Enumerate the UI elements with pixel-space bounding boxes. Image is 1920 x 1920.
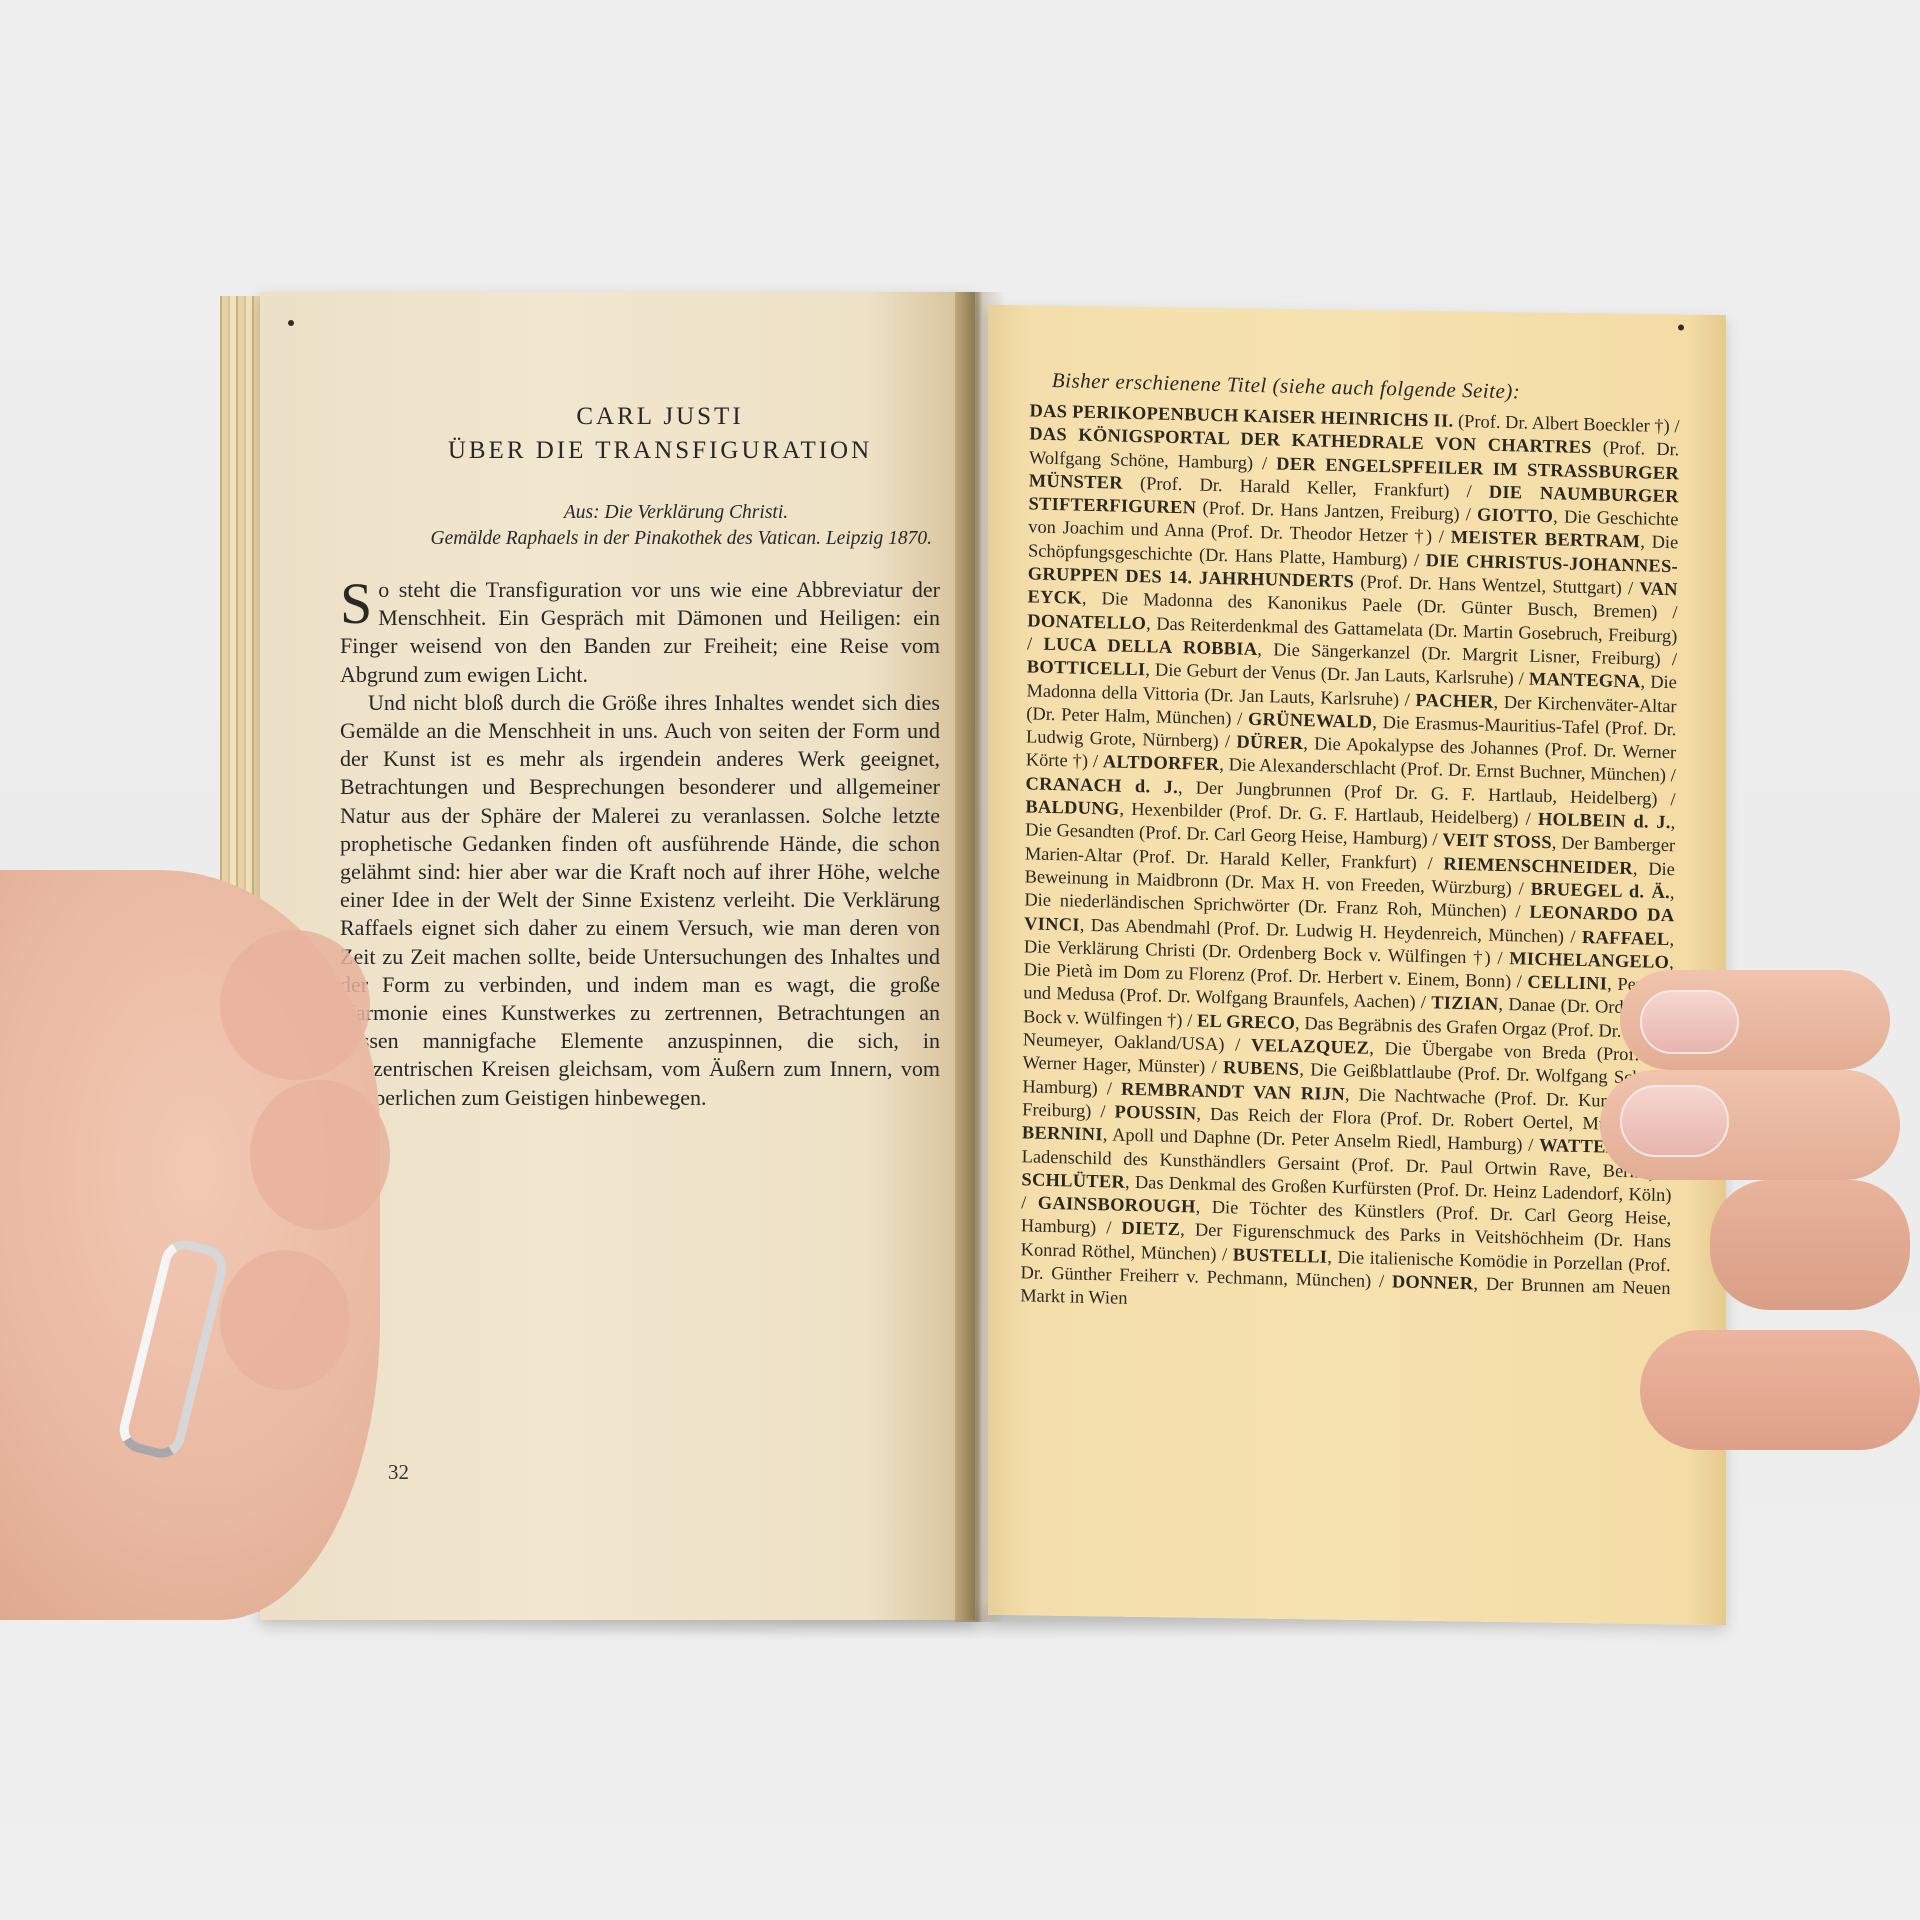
title-artist: RUBENS: [1223, 1058, 1300, 1080]
title-artist: CRANACH d. J.: [1026, 773, 1179, 797]
paragraph-1: So steht die Transfiguration vor uns wie…: [340, 576, 940, 689]
right-hand: [1640, 890, 1920, 1590]
title-artist: BOTTICELLI: [1027, 657, 1146, 680]
title-author: (Dr. Franz Roh, München): [1298, 896, 1507, 921]
title-work: Apoll und Daphne: [1112, 1125, 1251, 1148]
title-artist: DONATELLO: [1027, 610, 1146, 633]
title-artist: VELAZQUEZ: [1251, 1035, 1369, 1058]
title-artist: BUSTELLI: [1233, 1244, 1328, 1266]
title-artist: PACHER: [1415, 689, 1493, 711]
title-artist: GIOTTO: [1477, 505, 1553, 527]
title-work: Die Gesandten: [1025, 820, 1134, 843]
title-author: (Dr. Jan Lauts, Karlsruhe): [1204, 684, 1399, 709]
title-author: (Dr. Günter Busch, Bremen): [1417, 596, 1658, 622]
title-artist: POUSSIN: [1114, 1101, 1196, 1123]
title-artist: ALTDORFER: [1103, 752, 1220, 775]
title-artist: GAINSBOROUGH: [1038, 1193, 1196, 1217]
title-work: Die niederländischen Sprichwörter: [1024, 890, 1289, 916]
title-artist: LUCA DELLA ROBBIA: [1043, 634, 1257, 659]
title-artist: GRÜNEWALD: [1248, 709, 1372, 732]
title-work: Die italienische Komödie in Porzellan: [1337, 1247, 1622, 1274]
title-artist: TIZIAN: [1431, 993, 1498, 1015]
title-author: (Dr. Martin Gosebruch, Freiburg): [1428, 620, 1677, 646]
title-author: (Prof. Dr. Theodor Hetzer †): [1211, 521, 1432, 546]
drop-cap: S: [340, 580, 372, 628]
title-artist: RIEMENSCHNEIDER: [1443, 853, 1633, 878]
title-author: (Prof. Dr. Carl Georg Heise, Hamburg): [1139, 822, 1428, 849]
title-work: Die Geburt der Venus: [1155, 660, 1316, 684]
title-artist: REMBRANDT VAN RIJN: [1121, 1078, 1345, 1103]
paragraph-2: Und nicht bloß durch die Größe ihres Inh…: [340, 689, 940, 1112]
essay-source: Aus: Die Verklärung Christi. Gemälde Rap…: [340, 500, 940, 552]
title-artist: MANTEGNA: [1529, 669, 1641, 692]
title-author: (Dr. Margrit Lisner, Freiburg): [1422, 643, 1661, 669]
title-work: Der Jungbrunnen: [1196, 777, 1332, 800]
title-artist: HOLBEIN d. J.: [1538, 809, 1671, 832]
essay: CARL JUSTI ÜBER DIE TRANSFIGURATION Aus:…: [340, 400, 940, 1112]
title-author: (Dr. Hans Platte, Hamburg): [1199, 544, 1408, 569]
title-author: (Prof. Dr. Harald Keller, Frankfurt): [1133, 846, 1417, 873]
knuckle: [220, 930, 370, 1080]
title-work: Das Abendmahl: [1091, 914, 1211, 937]
thumb: [1710, 1180, 1910, 1310]
title-work: Die Verklärung Christi: [1024, 936, 1196, 960]
source-line-1: Aus: Die Verklärung Christi.: [340, 500, 932, 526]
title-author: (Prof. Dr. G. F. Hartlaub, Heidelberg): [1229, 801, 1518, 828]
title-artist: DÜRER: [1236, 732, 1303, 754]
title-artist: BERNINI: [1022, 1122, 1103, 1144]
title-work: Die Sängerkanzel: [1273, 639, 1410, 662]
title-author: (Prof. Dr. Herbert v. Einem, Bonn): [1250, 965, 1511, 991]
title-author: (Prof. Dr. Ernst Buchner, München): [1401, 759, 1666, 785]
title-work: Danae: [1508, 995, 1555, 1016]
open-book: CARL JUSTI ÜBER DIE TRANSFIGURATION Aus:…: [220, 292, 1740, 1632]
title-artist: DIETZ: [1121, 1218, 1180, 1239]
title-author: (Prof. Dr. Paul Ortwin Rave, Berlin): [1351, 1154, 1654, 1181]
title-work: Das Begräbnis des Grafen Orgaz: [1304, 1013, 1546, 1039]
finger: [1640, 1330, 1920, 1450]
title-artist: DONNER: [1392, 1271, 1474, 1293]
paper-speck: [1678, 324, 1684, 330]
title-artist: BALDUNG: [1025, 796, 1119, 818]
title-work: Das Denkmal des Großen Kurfürsten: [1135, 1172, 1412, 1199]
title-artist: VEIT STOSS: [1442, 830, 1552, 853]
title-artist: CELLINI: [1527, 972, 1607, 994]
fingernail: [1620, 1085, 1729, 1157]
title-artist: SCHLÜTER: [1021, 1169, 1125, 1192]
essay-author: CARL JUSTI: [340, 400, 940, 434]
title-author: (Prof. Dr. Albert Boeckler †): [1458, 411, 1670, 436]
page-number: 32: [388, 1460, 409, 1485]
title-author: (Prof. Dr. Heinz Ladendorf, Köln): [1417, 1179, 1672, 1205]
title-work: Hexenbilder: [1131, 799, 1222, 821]
published-titles: Bisher erschienene Titel (siehe auch fol…: [1020, 365, 1680, 1323]
title-work: Die Madonna des Kanonikus Paele: [1101, 589, 1402, 616]
right-page: Bisher erschienene Titel (siehe auch fol…: [988, 305, 1726, 1625]
title-work: Die Erasmus-Mauritius-Tafel: [1383, 712, 1600, 737]
fingernail: [1640, 990, 1739, 1054]
photo-scene: CARL JUSTI ÜBER DIE TRANSFIGURATION Aus:…: [0, 0, 1920, 1920]
title-author: (Dr. Jan Lauts, Karlsruhe): [1321, 664, 1514, 689]
source-line-2: Gemälde Raphaels in der Pinakothek des V…: [431, 528, 933, 549]
title-work: Die Übergabe von Breda: [1384, 1038, 1586, 1063]
title-author: (Prof. Dr. Wolfgang Braunfels, Aachen): [1120, 985, 1416, 1012]
title-author: (Dr. Max H. von Freeden, Würzburg): [1225, 871, 1512, 898]
title-work: Die Töchter des Künstlers: [1212, 1197, 1425, 1222]
title-work: Die Pietà im Dom zu Florenz: [1024, 959, 1245, 984]
knuckle: [250, 1080, 390, 1230]
title-author: (Dr. Peter Halm, München): [1026, 703, 1231, 728]
knuckle: [220, 1250, 350, 1390]
title-work: Das Reich der Flora: [1210, 1104, 1371, 1128]
title-author: (Prof. Dr. Hans Wentzel, Stuttgart): [1360, 572, 1622, 598]
title-work: Die Apokalypse des Johannes: [1314, 734, 1538, 759]
title-work: Der Kirchenväter-Altar: [1504, 692, 1677, 716]
paper-speck: [288, 320, 294, 326]
title-work: Die Nachtwache: [1359, 1084, 1486, 1107]
title-artist: MEISTER BERTRAM: [1451, 527, 1641, 552]
essay-body: So steht die Transfiguration vor uns wie…: [340, 576, 940, 1112]
title-work: Die Geißblattlaube: [1310, 1060, 1451, 1083]
title-work: Das Reiterdenkmal des Gattamelata: [1156, 613, 1423, 640]
title-author: (Dr. Peter Anselm Riedl, Hamburg): [1256, 1128, 1522, 1154]
title-artist: EL GRECO: [1197, 1010, 1295, 1032]
title-work: Die Alexanderschlacht: [1229, 755, 1396, 779]
title-author: (Dr. Ordenberg Bock v. Wülfingen †): [1202, 941, 1491, 968]
title-author: (Prof. Dr. Hans Jantzen, Freiburg): [1202, 498, 1459, 524]
essay-title: ÜBER DIE TRANSFIGURATION: [340, 434, 940, 468]
titles-list: DAS PERIKOPENBUCH KAISER HEINRICHS II. (…: [1020, 399, 1679, 1323]
